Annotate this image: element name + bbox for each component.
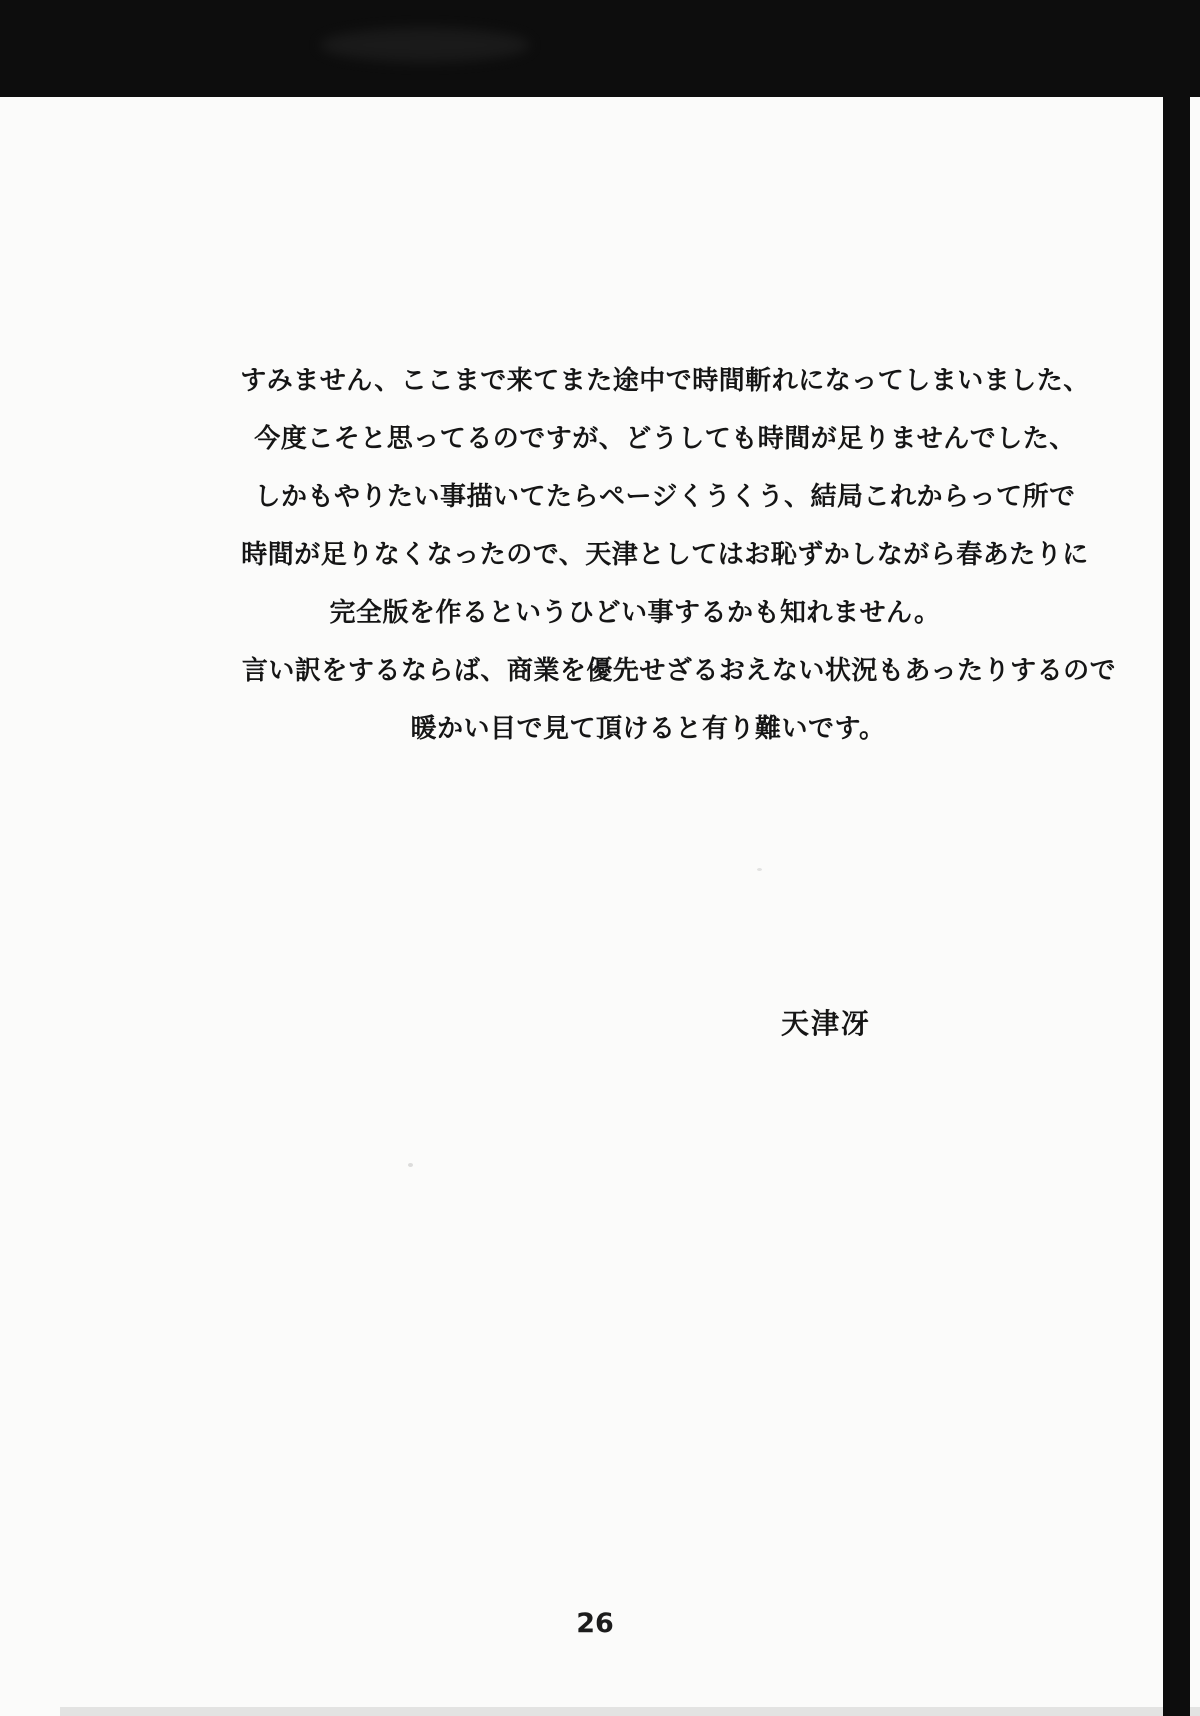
- author-signature: 天津冴: [781, 1002, 871, 1042]
- scan-speck: [408, 1163, 413, 1167]
- afterword-line: 完全版を作るというひどい事するかも知れません。: [105, 584, 1165, 642]
- scan-right-border: [1163, 0, 1190, 1716]
- afterword-line: 暖かい目で見て頂けると有り難いです。: [118, 700, 1178, 758]
- afterword-line: 言い訳をするならば、商業を優先せざるおえない状況もあったりするので: [149, 642, 1200, 700]
- scan-bottom-shadow: [60, 1707, 1200, 1716]
- afterword-line: しかもやりたい事描いてたらページくうくう、結局これからって所で: [135, 468, 1195, 526]
- afterword-text-block: すみません、ここまで来てまた途中で時間斬れになってしまいました、 今度こそと思っ…: [135, 352, 1195, 758]
- scanned-afterword-page: すみません、ここまで来てまた途中で時間斬れになってしまいました、 今度こそと思っ…: [0, 0, 1200, 1716]
- scan-speck: [757, 868, 762, 871]
- afterword-line: 時間が足りなくなったので、天津としてはお恥ずかしながら春あたりに: [135, 526, 1195, 584]
- scan-smudge: [320, 28, 530, 62]
- page-number: 26: [0, 1608, 1190, 1639]
- scan-top-border: [0, 0, 1200, 97]
- afterword-line: 今度こそと思ってるのですが、どうしても時間が足りませんでした、: [135, 410, 1195, 468]
- afterword-line: すみません、ここまで来てまた途中で時間斬れになってしまいました、: [135, 352, 1195, 410]
